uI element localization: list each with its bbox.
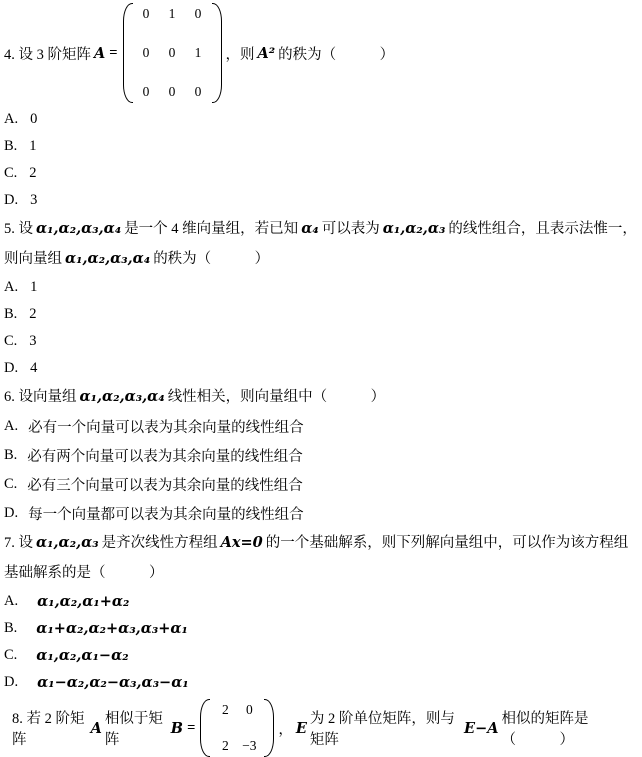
matrix-cells: 0 1 0 0 0 1 0 0 0 bbox=[133, 3, 212, 103]
q8-var-B: B bbox=[171, 720, 183, 737]
option-row: B. 1 bbox=[4, 133, 640, 160]
q4-stem-mid: ，则 bbox=[226, 43, 255, 64]
matrix-cell: 2 bbox=[222, 738, 229, 754]
matrix-A: 0 1 0 0 0 1 0 0 0 bbox=[123, 3, 222, 103]
option-row: B. 2 bbox=[4, 301, 640, 328]
q5-stem-text: 可以表为 bbox=[322, 221, 380, 237]
q8-stem-post: 相似的矩阵是（ ） bbox=[501, 707, 640, 749]
q8-equals: = bbox=[187, 720, 195, 737]
option-row: D. 4 bbox=[4, 355, 640, 382]
q4-options: A. 0 B. 1 C. 2 D. 3 bbox=[4, 106, 640, 214]
q5-vectors: α₁,α₂,α₃,α₄ bbox=[36, 220, 121, 237]
q5-stem-text: 的秩为（ ） bbox=[153, 251, 269, 267]
option-text: 4 bbox=[30, 360, 37, 377]
option-row: C. 必有三个向量可以表为其余向量的线性组合 bbox=[4, 470, 640, 499]
option-text: α₁,α₂,α₁−α₂ bbox=[36, 647, 128, 664]
q4-stem-pre: 4. 设 3 阶矩阵 bbox=[4, 43, 91, 64]
option-letter: B. bbox=[4, 306, 17, 323]
q5-options: A. 1 B. 2 C. 3 D. 4 bbox=[4, 274, 640, 382]
q8-var-E: E bbox=[296, 720, 307, 737]
matrix-cell: 0 bbox=[195, 6, 202, 22]
matrix-cell: 0 bbox=[195, 84, 202, 100]
matrix-paren-right bbox=[264, 699, 274, 757]
q6-stem-text: 线性相关，则向量组中（ ） bbox=[168, 389, 386, 405]
option-text: 2 bbox=[29, 165, 36, 182]
option-letter: A. bbox=[4, 111, 18, 128]
option-text: α₁−α₂,α₂−α₃,α₃−α₁ bbox=[37, 674, 189, 691]
option-row: D. α₁−α₂,α₂−α₃,α₃−α₁ bbox=[4, 669, 640, 696]
option-letter: C. bbox=[4, 333, 17, 350]
q7-options: A. α₁,α₂,α₁+α₂ B. α₁+α₂,α₂+α₃,α₃+α₁ C. α… bbox=[4, 588, 640, 696]
option-row: A. 0 bbox=[4, 106, 640, 133]
matrix-paren-left bbox=[123, 3, 133, 103]
option-row: C. α₁,α₂,α₁−α₂ bbox=[4, 642, 640, 669]
q5-vectors: α₁,α₂,α₃ bbox=[383, 220, 446, 237]
option-letter: B. bbox=[4, 138, 17, 155]
matrix-cells: 2 0 2 −3 bbox=[210, 699, 264, 757]
option-letter: A. bbox=[4, 279, 18, 296]
q6-vectors: α₁,α₂,α₃,α₄ bbox=[80, 388, 165, 405]
matrix-cell: 0 bbox=[143, 6, 150, 22]
option-text: 1 bbox=[30, 279, 37, 296]
option-text: 必有两个向量可以表为其余向量的线性组合 bbox=[27, 445, 303, 466]
option-text: 3 bbox=[30, 192, 37, 209]
option-text: α₁+α₂,α₂+α₃,α₃+α₁ bbox=[36, 620, 188, 637]
q5-stem-text: 是一个 4 维向量组，若已知 bbox=[124, 221, 298, 237]
option-text: 每一个向量都可以表为其余向量的线性组合 bbox=[28, 503, 304, 524]
matrix-cell: −3 bbox=[242, 738, 256, 754]
option-row: D. 每一个向量都可以表为其余向量的线性组合 bbox=[4, 499, 640, 528]
option-row: C. 3 bbox=[4, 328, 640, 355]
matrix-cell: 0 bbox=[143, 45, 150, 61]
q5-stem-text: 5. 设 bbox=[4, 221, 33, 237]
option-letter: D. bbox=[4, 505, 18, 522]
q6-options: A. 必有一个向量可以表为其余向量的线性组合 B. 必有两个向量可以表为其余向量… bbox=[4, 412, 640, 528]
q8-var-E-minus-A: E−A bbox=[464, 720, 498, 737]
option-text: α₁,α₂,α₁+α₂ bbox=[37, 593, 129, 610]
matrix-cell: 0 bbox=[143, 84, 150, 100]
option-row: B. α₁+α₂,α₂+α₃,α₃+α₁ bbox=[4, 615, 640, 642]
option-letter: B. bbox=[4, 620, 17, 637]
question-8: 8. 若 2 阶矩阵 A 相似于矩阵 B = 2 0 2 −3 ， E 为 2 … bbox=[4, 696, 640, 757]
matrix-B: 2 0 2 −3 bbox=[200, 699, 274, 757]
q7-stem-text: 是齐次线性方程组 bbox=[102, 535, 218, 551]
option-text: 2 bbox=[29, 306, 36, 323]
option-letter: D. bbox=[4, 192, 18, 209]
option-letter: C. bbox=[4, 165, 17, 182]
option-row: A. 必有一个向量可以表为其余向量的线性组合 bbox=[4, 412, 640, 441]
q4-equals: = bbox=[109, 45, 117, 62]
matrix-cell: 0 bbox=[169, 45, 176, 61]
option-letter: A. bbox=[4, 418, 18, 435]
option-row: D. 3 bbox=[4, 187, 640, 214]
question-7-stem: 7. 设α₁,α₂,α₃是齐次线性方程组Ax=0的一个基础解系，则下列解向量组中… bbox=[4, 528, 640, 588]
q5-vector-a4: α₄ bbox=[301, 220, 319, 237]
question-4: 4. 设 3 阶矩阵 A = 0 1 0 0 0 1 0 0 0 ，则 bbox=[4, 0, 640, 214]
option-row: A. 1 bbox=[4, 274, 640, 301]
matrix-cell: 1 bbox=[169, 6, 176, 22]
option-text: 必有一个向量可以表为其余向量的线性组合 bbox=[28, 416, 304, 437]
option-text: 0 bbox=[30, 111, 37, 128]
matrix-cell: 0 bbox=[169, 84, 176, 100]
question-6: 6. 设向量组α₁,α₂,α₃,α₄线性相关，则向量组中（ ） A. 必有一个向… bbox=[4, 382, 640, 528]
q4-var-A: A bbox=[94, 45, 105, 62]
option-text: 1 bbox=[29, 138, 36, 155]
option-row: A. α₁,α₂,α₁+α₂ bbox=[4, 588, 640, 615]
option-letter: A. bbox=[4, 593, 18, 610]
option-letter: D. bbox=[4, 360, 18, 377]
option-text: 3 bbox=[29, 333, 36, 350]
option-text: 必有三个向量可以表为其余向量的线性组合 bbox=[27, 474, 303, 495]
matrix-paren-left bbox=[200, 699, 210, 757]
q4-stem-post: 的秩为（ ） bbox=[278, 43, 394, 64]
q4-var-A-squared: A² bbox=[258, 45, 276, 62]
q8-stem-mid2: ， bbox=[278, 718, 293, 739]
q6-stem-text: 6. 设向量组 bbox=[4, 389, 77, 405]
q8-stem-mid1: 相似于矩阵 bbox=[105, 707, 168, 749]
exam-page: 4. 设 3 阶矩阵 A = 0 1 0 0 0 1 0 0 0 ，则 bbox=[0, 0, 642, 757]
q8-var-A: A bbox=[91, 720, 102, 737]
q5-vectors: α₁,α₂,α₃,α₄ bbox=[65, 250, 150, 267]
option-row: C. 2 bbox=[4, 160, 640, 187]
option-row: B. 必有两个向量可以表为其余向量的线性组合 bbox=[4, 441, 640, 470]
q7-vectors: α₁,α₂,α₃ bbox=[36, 534, 99, 551]
question-5-stem: 5. 设α₁,α₂,α₃,α₄是一个 4 维向量组，若已知α₄可以表为α₁,α₂… bbox=[4, 214, 640, 274]
question-4-stem: 4. 设 3 阶矩阵 A = 0 1 0 0 0 1 0 0 0 ，则 bbox=[4, 0, 640, 106]
matrix-cell: 0 bbox=[246, 702, 253, 718]
option-letter: C. bbox=[4, 647, 17, 664]
question-5: 5. 设α₁,α₂,α₃,α₄是一个 4 维向量组，若已知α₄可以表为α₁,α₂… bbox=[4, 214, 640, 382]
q7-equation-Ax0: Ax=0 bbox=[221, 534, 263, 551]
question-6-stem: 6. 设向量组α₁,α₂,α₃,α₄线性相关，则向量组中（ ） bbox=[4, 382, 640, 412]
matrix-cell: 1 bbox=[195, 45, 202, 61]
matrix-paren-right bbox=[212, 3, 222, 103]
question-7: 7. 设α₁,α₂,α₃是齐次线性方程组Ax=0的一个基础解系，则下列解向量组中… bbox=[4, 528, 640, 696]
q7-stem-text: 7. 设 bbox=[4, 535, 33, 551]
q8-stem-mid3: 为 2 阶单位矩阵，则与矩阵 bbox=[310, 707, 461, 749]
option-letter: D. bbox=[4, 674, 18, 691]
option-letter: C. bbox=[4, 476, 17, 493]
q8-stem-pre: 8. 若 2 阶矩阵 bbox=[12, 707, 88, 749]
matrix-cell: 2 bbox=[222, 702, 229, 718]
question-8-stem: 8. 若 2 阶矩阵 A 相似于矩阵 B = 2 0 2 −3 ， E 为 2 … bbox=[4, 696, 640, 757]
option-letter: B. bbox=[4, 447, 17, 464]
